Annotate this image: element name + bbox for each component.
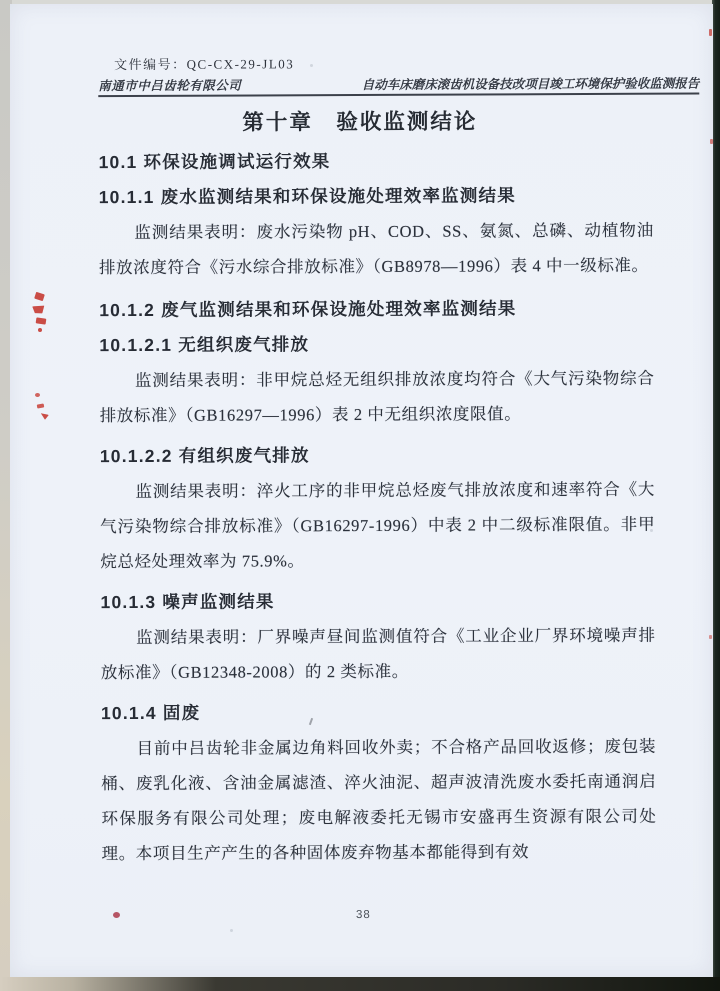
section-heading-10-1-1: 10.1.1 废水监测结果和环保设施处理效率监测结果: [99, 184, 654, 209]
company-name: 南通市中吕齿轮有限公司: [98, 76, 241, 95]
scan-speck: [310, 64, 313, 67]
paragraph-solid-waste: 目前中吕齿轮非金属边角料回收外卖；不合格产品回收返修；废包装桶、废乳化液、含油金…: [101, 729, 657, 871]
page-content: 10.1 环保设施调试运行效果 10.1.1 废水监测结果和环保设施处理效率监测…: [99, 149, 657, 871]
scanned-page-background: 文件编号：QC-CX-29-JL03 南通市中吕齿轮有限公司 自动车床磨床滚齿机…: [0, 0, 720, 991]
red-edge-speck: [709, 635, 712, 639]
document-page: 文件编号：QC-CX-29-JL03 南通市中吕齿轮有限公司 自动车床磨床滚齿机…: [10, 4, 713, 977]
report-title: 自动车床磨床滚齿机设备技改项目竣工环境保护验收监测报告: [362, 74, 700, 93]
section-heading-10-1-4: 10.1.4 固废: [101, 700, 656, 725]
section-heading-10-1-2-2: 10.1.2.2 有组织废气排放: [100, 443, 655, 468]
red-edge-speck: [709, 29, 712, 36]
paragraph-organized-emissions: 监测结果表明：淬火工序的非甲烷总烃废气排放浓度和速率符合《大气污染物综合排放标准…: [100, 472, 655, 579]
scan-speck: [230, 929, 233, 932]
red-ink-dot: [113, 912, 120, 918]
doc-number: 文件编号：QC-CX-29-JL03: [114, 52, 699, 74]
section-heading-10-1-2: 10.1.2 废气监测结果和环保设施处理效率监测结果: [99, 297, 654, 322]
red-ink-mark: [38, 328, 42, 332]
red-edge-speck: [710, 139, 713, 144]
red-ink-mark: [35, 393, 40, 397]
header-rule: 南通市中吕齿轮有限公司 自动车床磨床滚齿机设备技改项目竣工环境保护验收监测报告: [98, 74, 699, 98]
paragraph-fugitive-emissions: 监测结果表明：非甲烷总烃无组织排放浓度均符合《大气污染物综合排放标准》（GB16…: [99, 361, 654, 433]
section-heading-10-1: 10.1 环保设施调试运行效果: [99, 149, 654, 174]
section-heading-10-1-3: 10.1.3 噪声监测结果: [100, 589, 655, 614]
paragraph-wastewater-results: 监测结果表明：废水污染物 pH、COD、SS、氨氮、总磷、动植物油排放浓度符合《…: [99, 213, 654, 285]
scanner-edge-bottom: [0, 977, 720, 991]
page-header: 文件编号：QC-CX-29-JL03 南通市中吕齿轮有限公司 自动车床磨床滚齿机…: [98, 52, 699, 98]
paragraph-noise-results: 监测结果表明：厂界噪声昼间监测值符合《工业企业厂界环境噪声排放标准》（GB123…: [101, 618, 656, 690]
section-heading-10-1-2-1: 10.1.2.1 无组织废气排放: [99, 332, 654, 357]
chapter-title: 第十章 验收监测结论: [8, 103, 711, 137]
scan-speck: [650, 529, 653, 532]
red-ink-mark: [36, 317, 47, 324]
